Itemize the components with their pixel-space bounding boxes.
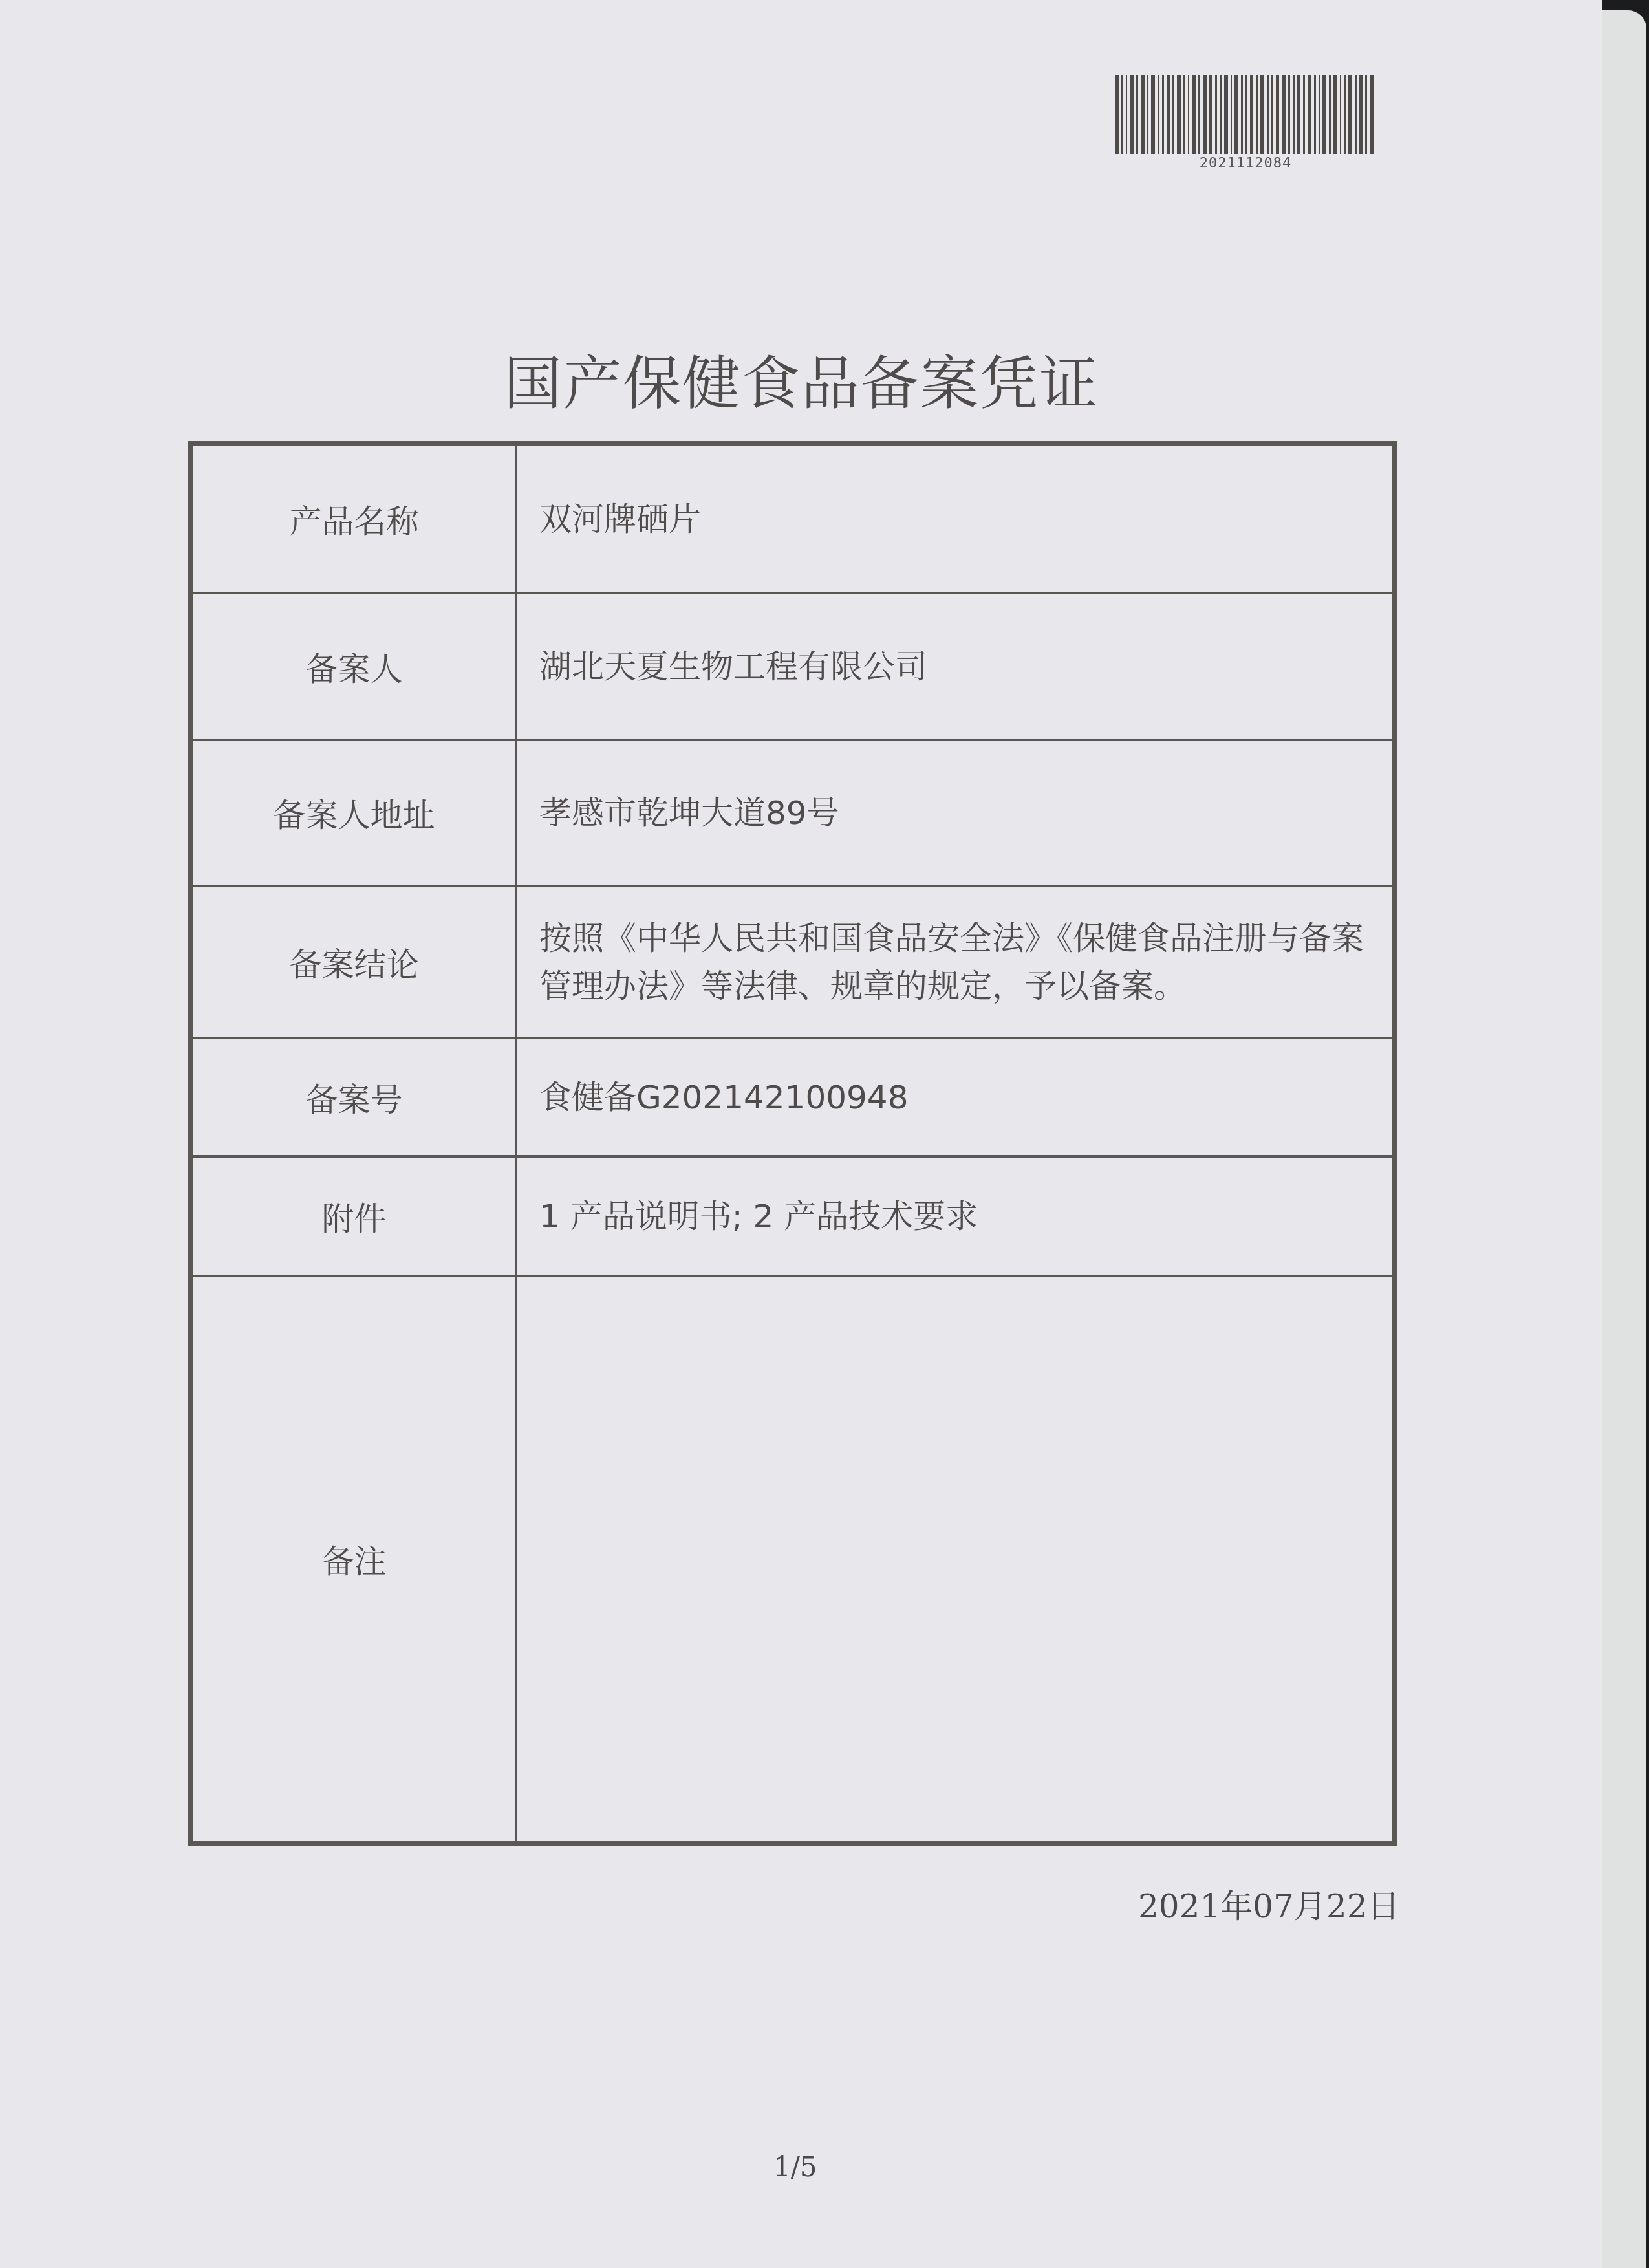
filing-info-table: 产品名称 双河牌硒片 备案人 湖北天夏生物工程有限公司 备案人地址 孝感市乾坤大… <box>188 441 1397 1846</box>
row-label: 备案结论 <box>193 887 517 1037</box>
row-value: 湖北天夏生物工程有限公司 <box>517 594 1392 739</box>
table-row-conclusion: 备案结论 按照《中华人民共和国食品安全法》《保健食品注册与备案管理办法》等法律、… <box>193 887 1392 1039</box>
row-label: 备案人 <box>193 594 517 739</box>
table-row-product-name: 产品名称 双河牌硒片 <box>193 446 1392 594</box>
row-value: 1 产品说明书; 2 产品技术要求 <box>517 1158 1392 1275</box>
row-value: 食健备G202142100948 <box>517 1039 1392 1155</box>
row-label: 备注 <box>193 1277 517 1841</box>
row-label: 备案号 <box>193 1039 517 1155</box>
table-row-filer: 备案人 湖北天夏生物工程有限公司 <box>193 594 1392 741</box>
issue-date: 2021年07月22日 <box>1138 1881 1400 1927</box>
table-row-filing-number: 备案号 食健备G202142100948 <box>193 1039 1392 1158</box>
row-label: 备案人地址 <box>193 741 517 885</box>
row-value: 双河牌硒片 <box>517 446 1392 592</box>
row-value: 按照《中华人民共和国食品安全法》《保健食品注册与备案管理办法》等法律、规章的规定… <box>517 887 1392 1037</box>
page-number: 1/5 <box>773 2151 817 2183</box>
row-label: 附件 <box>193 1158 517 1275</box>
row-label: 产品名称 <box>193 446 517 592</box>
row-value: 孝感市乾坤大道89号 <box>517 741 1392 885</box>
table-row-remarks: 备注 <box>193 1277 1392 1841</box>
barcode-number: 2021112084 <box>1115 155 1376 171</box>
row-value <box>517 1277 1392 1841</box>
table-row-filer-address: 备案人地址 孝感市乾坤大道89号 <box>193 741 1392 887</box>
table-row-attachments: 附件 1 产品说明书; 2 产品技术要求 <box>193 1158 1392 1277</box>
document-title: 国产保健食品备案凭证 <box>0 336 1602 420</box>
barcode-icon <box>1115 75 1376 154</box>
underlying-sheet-edge <box>1602 10 1646 2268</box>
